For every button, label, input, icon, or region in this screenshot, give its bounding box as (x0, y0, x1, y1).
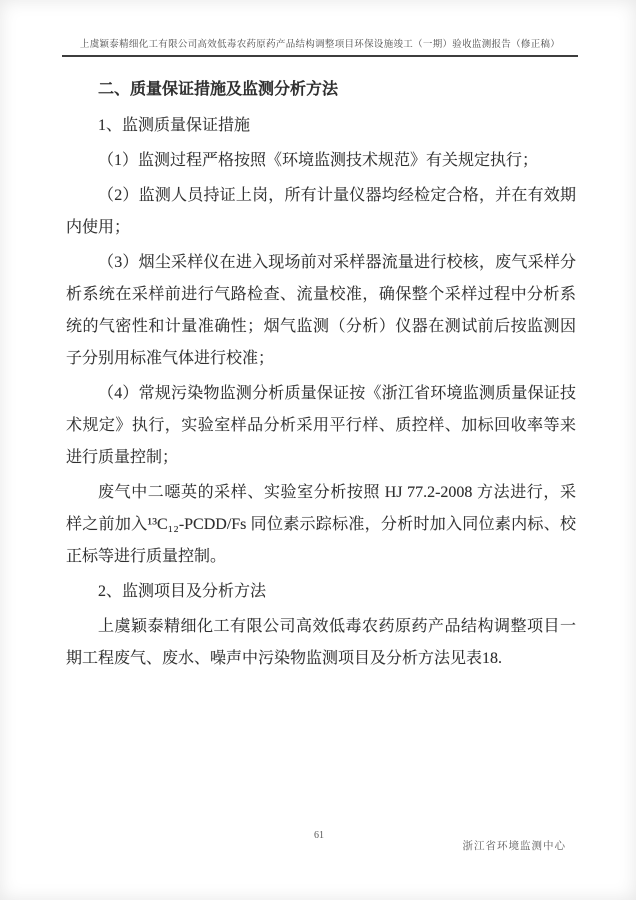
document-body: 二、质量保证措施及监测分析方法 1、监测质量保证措施 （1）监测过程严格按照《环… (66, 74, 576, 678)
header-title: 上虞颖泰精细化工有限公司高效低毒农药原药产品结构调整项目环保设施竣工（一期）验收… (62, 36, 578, 55)
page-header: 上虞颖泰精细化工有限公司高效低毒农药原药产品结构调整项目环保设施竣工（一期）验收… (62, 36, 578, 57)
subsection-2-heading: 2、监测项目及分析方法 (66, 576, 576, 608)
paragraph-item-2: （2）监测人员持证上岗，所有计量仪器均经检定合格，并在有效期内使用； (66, 180, 576, 244)
footer-organization: 浙江省环境监测中心 (463, 838, 567, 853)
paragraph-dioxin-method: 废气中二噁英的采样、实验室分析按照 HJ 77.2-2008 方法进行，采样之前… (66, 477, 576, 573)
paragraph-item-3: （3）烟尘采样仪在进入现场前对采样器流量进行校核，废气采样分析系统在采样前进行气… (66, 247, 576, 375)
subsection-1-heading: 1、监测质量保证措施 (66, 110, 576, 142)
paragraph-item-4: （4）常规污染物监测分析质量保证按《浙江省环境监测质量保证技术规定》执行，实验室… (66, 378, 576, 474)
section-heading: 二、质量保证措施及监测分析方法 (66, 74, 576, 106)
document-page: 上虞颖泰精细化工有限公司高效低毒农药原药产品结构调整项目环保设施竣工（一期）验收… (0, 0, 636, 900)
header-rule (62, 55, 578, 57)
page-number: 61 (314, 830, 324, 841)
paragraph-item-1: （1）监测过程严格按照《环境监测技术规范》有关规定执行； (66, 145, 576, 177)
paragraph-closing: 上虞颖泰精细化工有限公司高效低毒农药原药产品结构调整项目一期工程废气、废水、噪声… (66, 611, 576, 675)
